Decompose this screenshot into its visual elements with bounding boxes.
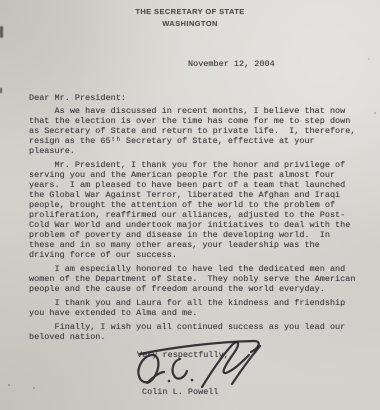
date-line: November 12, 2004	[188, 59, 275, 69]
letterhead-office: THE SECRETARY OF STATE	[0, 7, 380, 16]
paragraph-resignation: As we have discussed in recent months, I…	[29, 106, 369, 156]
letter-body: Dear Mr. President: As we have discussed…	[29, 93, 369, 346]
scan-artifact	[0, 26, 3, 38]
scanned-letter-page: THE SECRETARY OF STATE WASHINGTON Novemb…	[0, 0, 380, 410]
paragraph-thanks: I thank you and Laura for all the kindne…	[29, 298, 369, 318]
scan-artifact	[0, 88, 2, 93]
paragraph-accomplishments: Mr. President, I thank you for the honor…	[29, 160, 369, 260]
letterhead: THE SECRETARY OF STATE WASHINGTON	[0, 7, 380, 28]
letterhead-city: WASHINGTON	[0, 19, 380, 28]
paragraph-department: I am especially honored to have led the …	[29, 264, 369, 294]
typed-signature-name: Colin L. Powell	[142, 387, 219, 397]
scan-specks	[0, 0, 2, 2]
salutation: Dear Mr. President:	[29, 93, 369, 103]
